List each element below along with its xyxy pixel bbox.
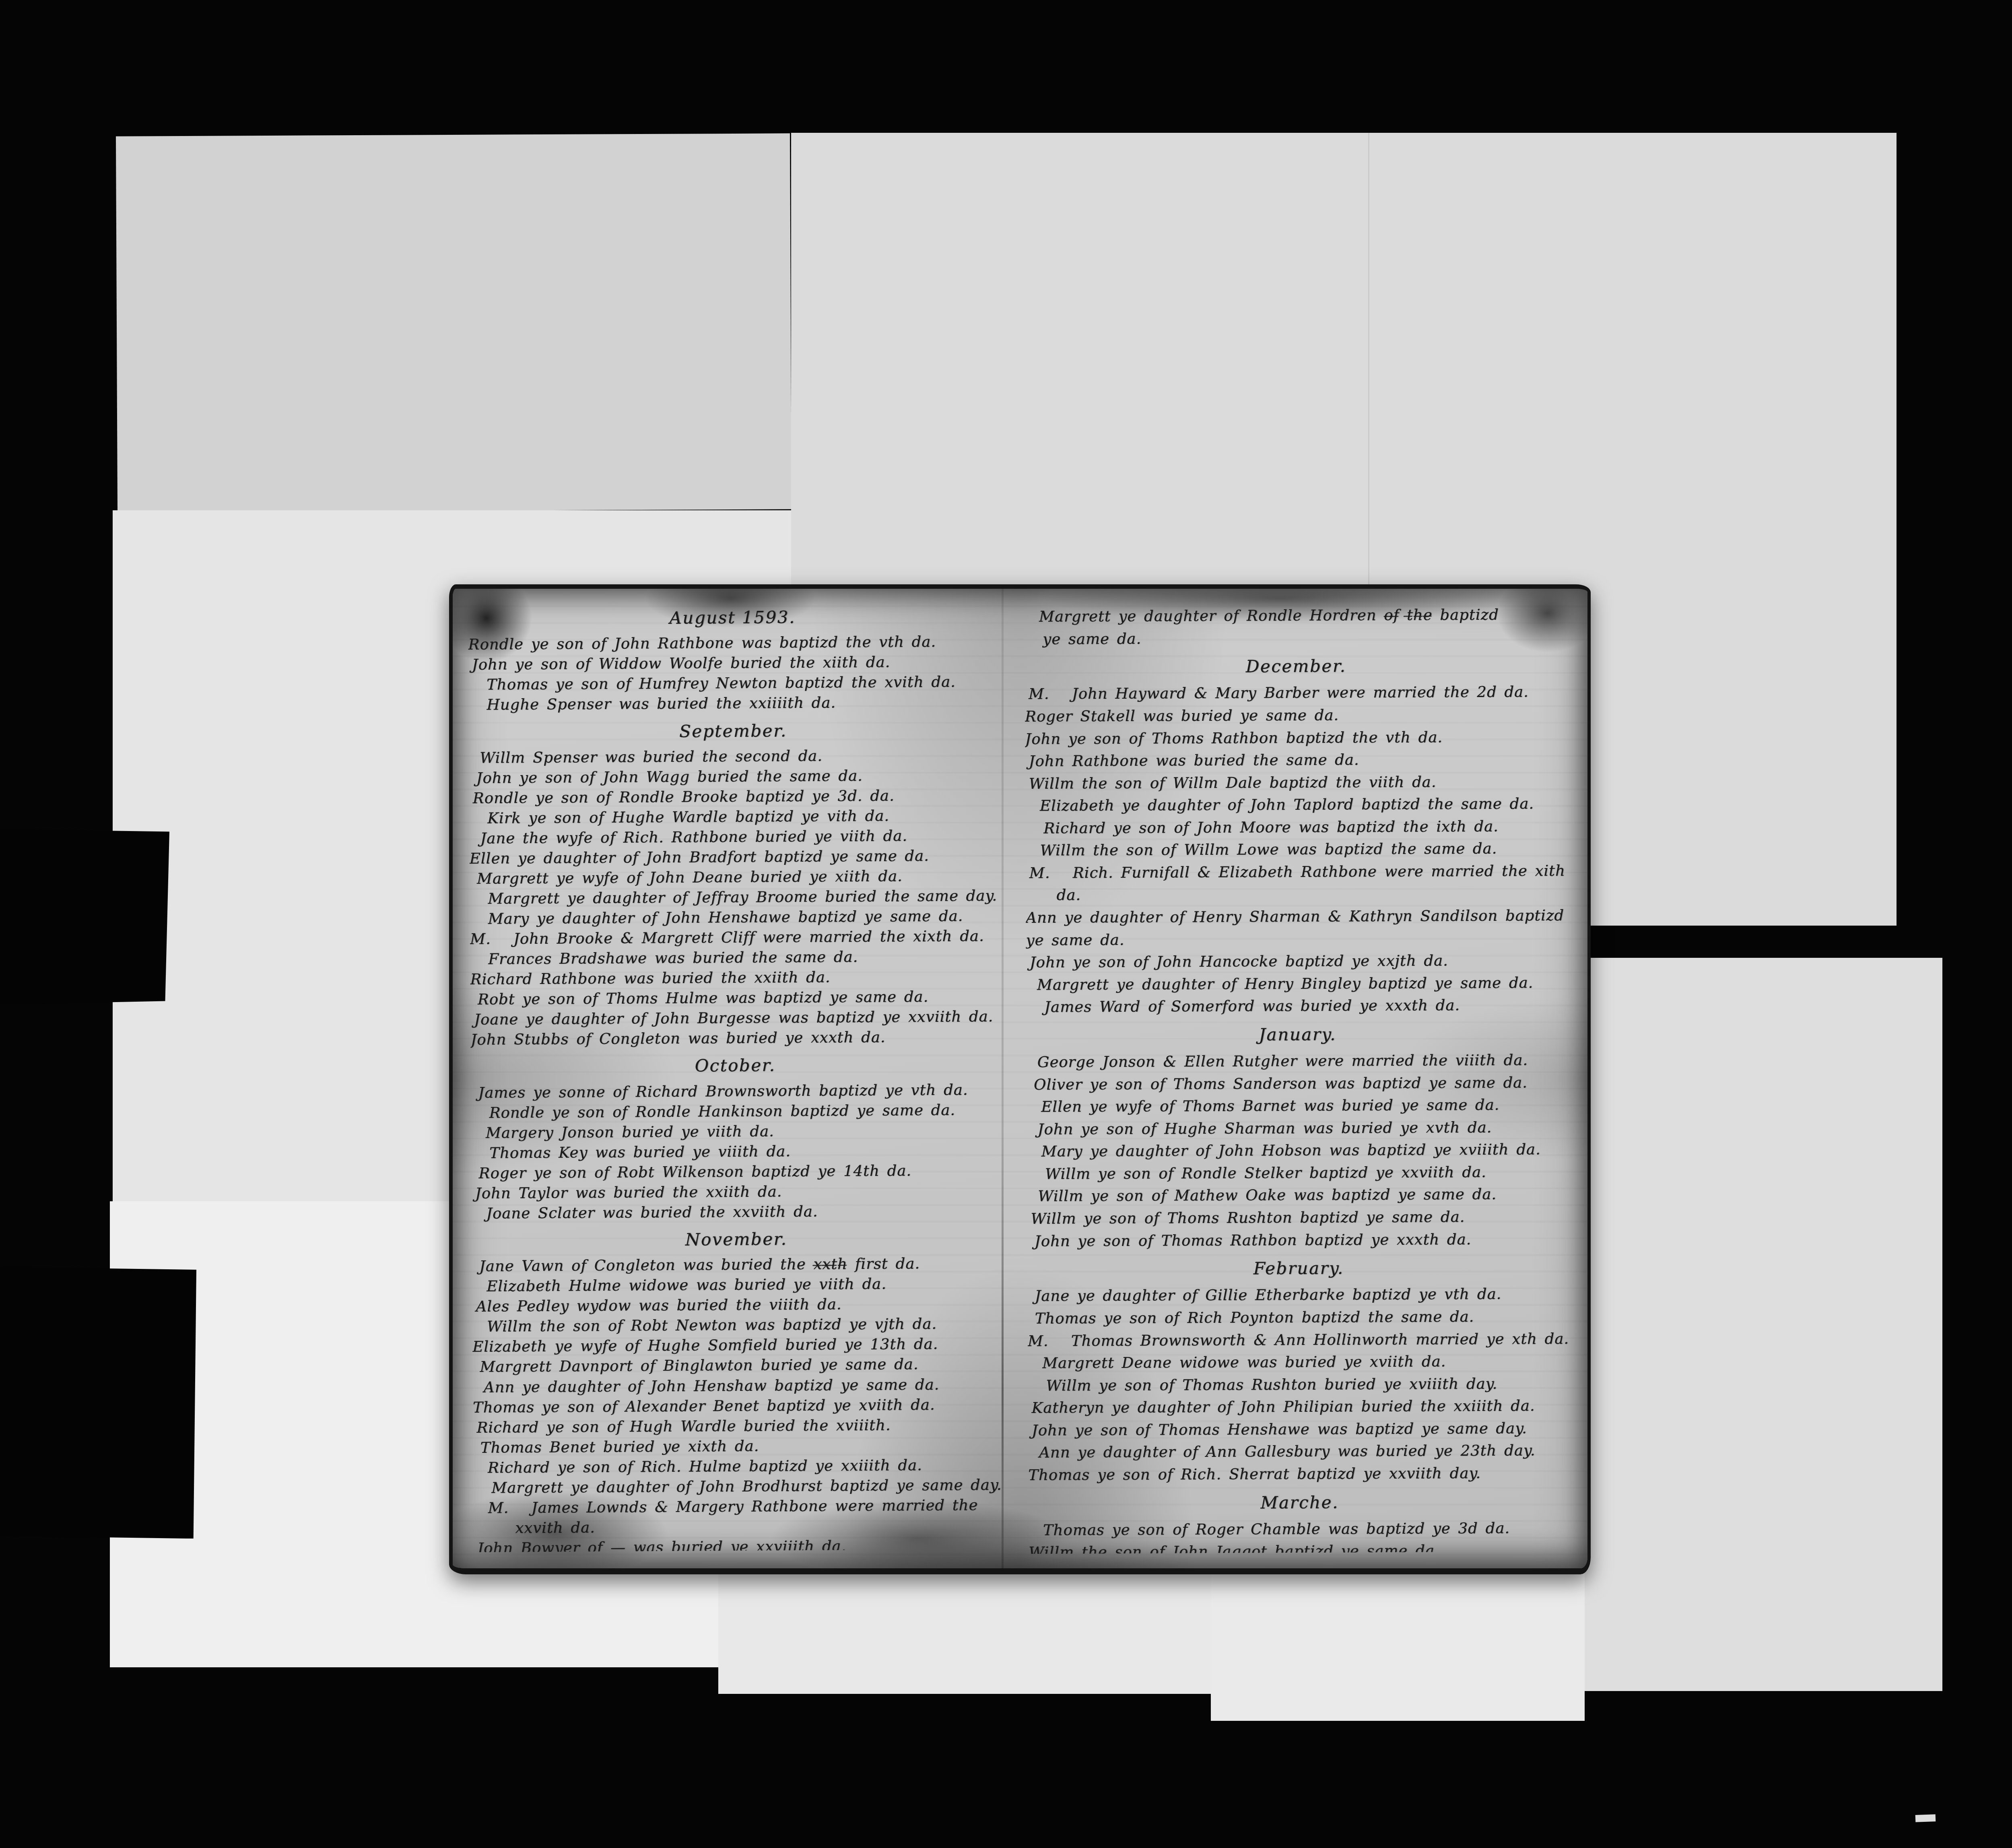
register-entry: James Ward of Somerford was buried ye xx… xyxy=(1045,994,1569,1018)
register-entry: Willm the son of Willm Dale baptizd the … xyxy=(1029,770,1568,795)
month-heading: December. xyxy=(1025,652,1567,681)
register-entry: Margrett ye daughter of Jeffray Broome b… xyxy=(488,886,998,909)
month-heading: November. xyxy=(472,1225,1000,1255)
register-entry: M. James Lownds & Margery Rathbone were … xyxy=(488,1495,1002,1539)
manuscript-left-page: August 1593.Rondle ye son of John Rathbo… xyxy=(468,599,1002,1552)
register-entry: Richard ye son of Rich. Hulme baptizd ye… xyxy=(487,1455,1002,1478)
register-entry: Hughe Spenser was buried the xxiiiith da… xyxy=(487,692,997,716)
register-entry: Thomas Key was buried ye viiith da. xyxy=(489,1140,1000,1163)
register-entry: Ales Pedley wydow was buried the viiith … xyxy=(476,1293,1001,1317)
black-clip-tab-upper xyxy=(0,829,169,1004)
register-entry: M. John Brooke & Margrett Cliff were mar… xyxy=(470,926,998,949)
register-entry: Rondle ye son of Rondle Brooke baptizd y… xyxy=(472,785,998,808)
register-entry: John ye son of Widdow Woolfe buried the … xyxy=(472,652,997,675)
scan-artifact-speck xyxy=(1915,1814,1936,1822)
register-entry: John ye son of John Hancocke baptizd ye … xyxy=(1030,949,1569,974)
register-entry: Richard Rathbone was buried the xxiith d… xyxy=(470,966,999,990)
center-fold-crease xyxy=(1002,589,1004,1568)
register-entry: Willm the son of Willm Lowe was baptizd … xyxy=(1040,837,1568,862)
register-entry: Elizabeth ye daughter of John Taplord ba… xyxy=(1040,792,1568,817)
register-entry: George Jonson & Ellen Rutgher were marri… xyxy=(1037,1049,1569,1073)
register-entry: Kirk ye son of Hughe Wardle baptizd ye v… xyxy=(487,805,998,829)
register-entry: Robt ye son of Thoms Hulme was baptizd y… xyxy=(477,986,999,1010)
register-entry: Thomas ye son of Rich. Sherrat baptizd y… xyxy=(1029,1462,1571,1486)
register-entry: Margrett ye daughter of John Brodhurst b… xyxy=(491,1475,1002,1498)
register-entry: John Stubbs of Congleton was buried ye x… xyxy=(470,1027,999,1050)
register-entry: Jane the wyfe of Rich. Rathbone buried y… xyxy=(480,825,998,849)
backing-sheet-top-left xyxy=(116,134,792,513)
register-entry: Willm ye son of Rondle Stelker baptizd y… xyxy=(1045,1161,1569,1185)
register-entry: James ye sonne of Richard Brownsworth ba… xyxy=(478,1080,1000,1103)
register-entry: John ye son of Thomas Rathbon baptizd ye… xyxy=(1035,1228,1570,1252)
manuscript-bifolium: August 1593.Rondle ye son of John Rathbo… xyxy=(449,584,1591,1574)
month-heading: September. xyxy=(468,716,997,747)
register-entry: Ann ye daughter of Ann Gallesbury was bu… xyxy=(1039,1439,1571,1464)
register-entry: M. Rich. Furnifall & Elizabeth Rathbone … xyxy=(1029,860,1568,907)
register-entry: Oliver ye son of Thoms Sanderson was bap… xyxy=(1034,1071,1569,1096)
register-entry: John Taylor was buried the xxiith da. xyxy=(475,1180,1000,1204)
register-entry: Margrett ye daughter of Henry Bingley ba… xyxy=(1037,971,1569,996)
register-entry: Thomas ye son of Rich Poynton baptizd th… xyxy=(1035,1305,1570,1330)
register-entry: John ye son of John Wagg buried the same… xyxy=(476,765,998,788)
register-entry: Richard ye son of Hugh Wardle buried the… xyxy=(476,1415,1002,1438)
register-entry: Thomas Benet buried ye xixth da. xyxy=(480,1435,1002,1458)
register-entry: Mary ye daughter of John Hobson was bapt… xyxy=(1041,1138,1569,1163)
month-heading: Marche. xyxy=(1029,1488,1571,1517)
month-heading: January. xyxy=(1027,1020,1569,1049)
register-entry: Willm ye son of Thoms Rushton baptizd ye… xyxy=(1031,1205,1570,1230)
register-entry: Ellen ye wyfe of Thoms Barnet was buried… xyxy=(1041,1093,1569,1118)
register-entry: John Rathbone was buried the same da. xyxy=(1029,748,1568,772)
register-entry: Rondle ye son of Rondle Hankinson baptiz… xyxy=(489,1100,1000,1123)
register-entry: Margrett Davnport of Binglawton buried y… xyxy=(480,1354,1001,1378)
backing-sheet-fold-line xyxy=(1368,133,1370,584)
register-entry: Willm ye son of Thomas Rushton buried ye… xyxy=(1046,1372,1571,1397)
register-entry: Jane ye daughter of Gillie Etherbarke ba… xyxy=(1035,1283,1570,1307)
register-entry: Thomas ye son of Roger Chamble was bapti… xyxy=(1043,1517,1571,1541)
register-entry: John ye son of Thomas Henshawe was bapti… xyxy=(1032,1417,1571,1442)
register-entry: Roger ye son of Robt Wilkenson baptizd y… xyxy=(478,1160,1000,1184)
register-entry: Margrett Deane widowe was buried ye xvii… xyxy=(1042,1350,1570,1374)
register-entry: M. John Hayward & Mary Barber were marri… xyxy=(1029,681,1567,705)
register-entry: Willm Spenser was buried the second da. xyxy=(480,745,998,768)
register-entry: M. Thomas Brownsworth & Ann Hollinworth … xyxy=(1028,1327,1570,1352)
register-entry: Mary ye daughter of John Henshawe baptiz… xyxy=(488,906,998,929)
register-entry: Joane ye daughter of John Burgesse was b… xyxy=(474,1007,999,1030)
black-clip-tab-lower xyxy=(0,1267,196,1539)
register-entry: Willm the son of John Jaggot baptizd ye … xyxy=(1029,1539,1571,1553)
register-entry: Rondle ye son of John Rathbone was bapti… xyxy=(468,631,997,655)
register-entry: Thomas ye son of Alexander Benet baptizd… xyxy=(472,1394,1001,1418)
register-entry: Ann ye daughter of John Henshaw baptizd … xyxy=(483,1374,1001,1398)
register-entry: Frances Bradshawe was buried the same da… xyxy=(488,946,999,969)
register-entry: Margrett ye wyfe of John Deane buried ye… xyxy=(476,866,998,889)
register-entry: Ann ye daughter of Henry Sharman & Kathr… xyxy=(1026,904,1569,951)
register-entry: Roger Stakell was buried ye same da. xyxy=(1025,703,1567,728)
month-heading: October. xyxy=(470,1051,999,1081)
backing-sheet-bottom-right xyxy=(1585,958,1942,1691)
month-heading: February. xyxy=(1027,1254,1570,1283)
register-entry: Margery Jonson buried ye viith da. xyxy=(485,1120,1000,1143)
register-entry: Willm ye son of Mathew Oake was baptizd … xyxy=(1038,1183,1570,1207)
manuscript-right-page: Margrett ye daughter of Rondle Hordren o… xyxy=(1025,603,1571,1554)
register-entry: Richard ye son of John Moore was baptizd… xyxy=(1044,815,1568,839)
register-entry: John ye son of Hughe Sharman was buried … xyxy=(1038,1116,1569,1141)
register-entry: Willm the son of Robt Newton was baptizd… xyxy=(487,1314,1001,1337)
register-entry: Katheryn ye daughter of John Philipian b… xyxy=(1032,1394,1571,1419)
register-entry: Jane Vawn of Congleton was buried the x̶… xyxy=(479,1253,1000,1277)
register-entry: Thomas ye son of Humfrey Newton baptizd … xyxy=(487,672,997,695)
register-entry: Ellen ye daughter of John Bradfort bapti… xyxy=(469,846,998,869)
register-entry: John ye son of Thoms Rathbon baptizd the… xyxy=(1025,725,1568,750)
register-entry: Joane Sclater was buried the xxviith da. xyxy=(486,1200,1000,1224)
register-entry: Elizabeth ye wyfe of Hughe Somfield buri… xyxy=(472,1334,1001,1357)
register-entry: John Bowyer of — was buried ye xxviiith … xyxy=(477,1535,1002,1552)
month-heading: August 1593. xyxy=(468,603,996,633)
register-entry: Margrett ye daughter of Rondle Hordren o… xyxy=(1039,603,1567,628)
register-entry: ye same da. xyxy=(1043,626,1567,650)
archival-photo: August 1593.Rondle ye son of John Rathbo… xyxy=(0,0,2012,1848)
register-entry: Elizabeth Hulme widowe was buried ye vii… xyxy=(487,1273,1001,1297)
